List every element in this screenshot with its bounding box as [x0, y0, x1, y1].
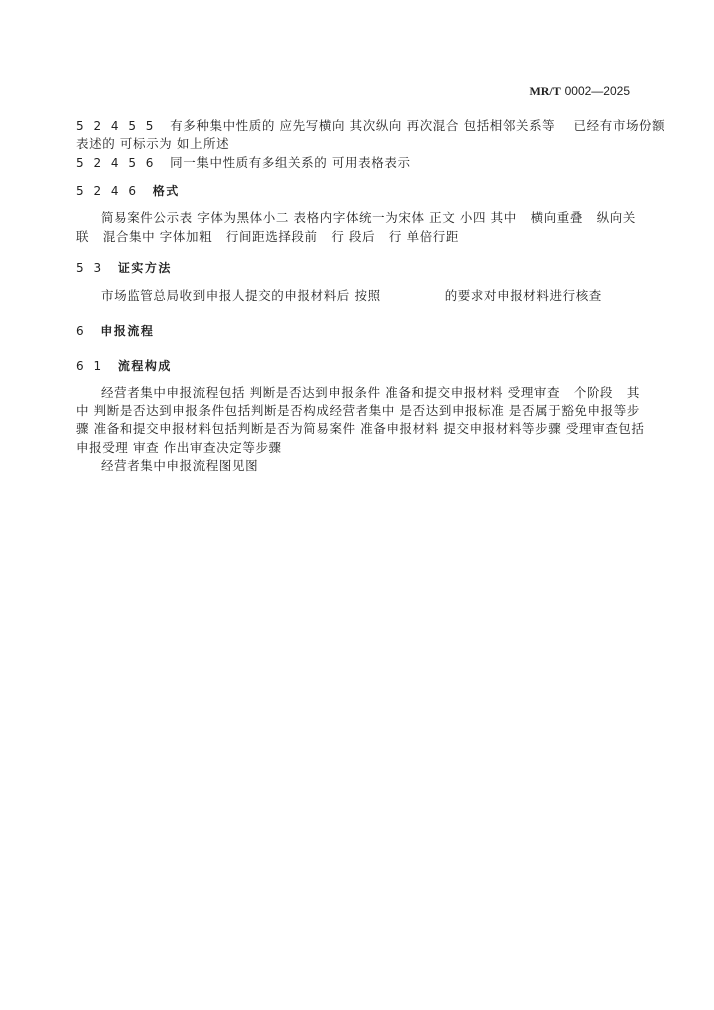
- clause-61-heading: 6 1 流程构成: [76, 358, 172, 374]
- clause-5246-line1: 简易案件公示表 字体为黑体小二 表格内字体统一为宋体 正文 小四 其中 横向重叠…: [101, 210, 636, 226]
- clause-52456: 5 2 4 5 6 同一集中性质有多组关系的 可用表格表示: [76, 155, 411, 171]
- clause-61-line3: 骤 准备和提交申报材料包括判断是否为简易案件 准备申报材料 提交申报材料等步骤 …: [76, 421, 645, 437]
- clause-53-heading: 5 3 证实方法: [76, 260, 172, 276]
- section-title: 申报流程: [100, 324, 154, 338]
- clause-number: 5 2 4 6: [76, 184, 139, 198]
- clause-61-line1: 经营者集中申报流程包括 判断是否达到申报条件 准备和提交申报材料 受理审查 个阶…: [101, 385, 640, 401]
- clause-52455-line1: 5 2 4 5 5 有多种集中性质的 应先写横向 其次纵向 再次混合 包括相邻关…: [76, 118, 665, 134]
- document-header: MR/T 0002—2025: [529, 84, 630, 99]
- clause-title: 格式: [153, 184, 180, 198]
- clause-number: 6 1: [76, 359, 104, 373]
- clause-text: 同一集中性质有多组关系的 可用表格表示: [170, 155, 410, 170]
- standard-code: 0002—2025: [565, 84, 630, 98]
- clause-title: 流程构成: [118, 359, 172, 373]
- clause-61-line5: 经营者集中申报流程图见图: [101, 458, 258, 474]
- section-number: 6: [76, 324, 87, 338]
- standard-prefix: MR/T: [529, 84, 560, 98]
- clause-number: 5 2 4 5 6: [76, 156, 156, 170]
- clause-61-line4: 申报受理 审查 作出审查决定等步骤: [76, 440, 282, 456]
- section-6-heading: 6 申报流程: [76, 323, 154, 339]
- clause-number: 5 2 4 5 5: [76, 119, 156, 133]
- clause-title: 证实方法: [118, 261, 172, 275]
- clause-61-line2: 中 判断是否达到申报条件包括判断是否构成经营者集中 是否达到申报标准 是否属于豁…: [76, 403, 640, 419]
- clause-5246-line2: 联 混合集中 字体加粗 行间距选择段前 行 段后 行 单倍行距: [76, 229, 459, 245]
- clause-5246-heading: 5 2 4 6 格式: [76, 183, 180, 199]
- clause-number: 5 3: [76, 261, 104, 275]
- clause-53-line1: 市场监管总局收到申报人提交的申报材料后 按照 的要求对申报材料进行核查: [101, 288, 602, 304]
- clause-52455-line2: 表述的 可标示为 如上所述: [76, 136, 229, 152]
- clause-text: 有多种集中性质的 应先写横向 其次纵向 再次混合 包括相邻关系等 已经有市场份额: [170, 118, 665, 133]
